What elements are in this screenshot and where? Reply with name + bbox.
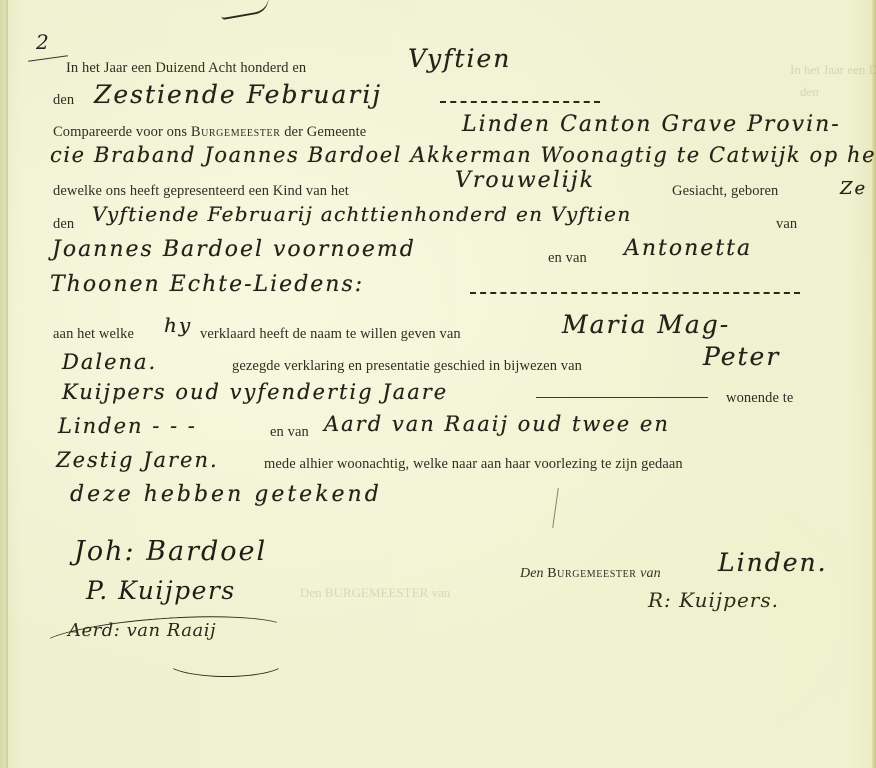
- printed-text-part: Den: [520, 566, 544, 581]
- printed-text: van: [776, 216, 797, 233]
- page-number: 2: [36, 30, 49, 54]
- handwritten-text: Vyftiende Februarij achttienhonderd en V…: [92, 202, 632, 226]
- filler-line: [536, 397, 708, 398]
- ink-stroke: [552, 488, 559, 528]
- printed-text: Compareerde voor ons Burgemeester der Ge…: [53, 124, 366, 141]
- printed-text: en van: [548, 250, 587, 267]
- handwritten-text: hy: [164, 313, 192, 337]
- paper-right-edge: [872, 0, 876, 768]
- handwritten-text: Thoonen Echte-Liedens:: [50, 272, 364, 297]
- filler-dashes: [440, 101, 600, 103]
- printed-text: verklaard heeft de naam te willen geven …: [200, 326, 461, 343]
- handwritten-text: Peter: [703, 342, 780, 371]
- signature-flourish: [165, 645, 287, 677]
- handwritten-text: Dalena.: [62, 350, 157, 374]
- printed-text-part: der Gemeente: [284, 124, 366, 140]
- signature-joh-bardoel: Joh: Bardoel: [74, 536, 267, 567]
- printed-text-part: Compareerde voor ons: [53, 124, 187, 140]
- printed-text: dewelke ons heeft gepresenteerd een Kind…: [53, 183, 349, 200]
- handwritten-text: deze hebben getekend: [70, 482, 382, 507]
- handwritten-text: Zestiende Februarij: [94, 80, 382, 109]
- bleed-through-text: den: [800, 84, 819, 100]
- filler-dashes: [470, 292, 800, 294]
- printed-text: en van: [270, 424, 309, 441]
- document-page: In het Jaar een Duizend Acht den Den BUR…: [0, 0, 876, 768]
- handwritten-text: cie Braband Joannes Bardoel Akkerman Woo…: [50, 143, 876, 167]
- handwritten-text: Joannes Bardoel voornoemd: [52, 237, 416, 262]
- handwritten-place: Linden.: [718, 548, 828, 577]
- handwritten-text: Maria Mag-: [562, 310, 730, 339]
- bleed-through-text: Den BURGEMEESTER van: [300, 585, 450, 601]
- signature-p-kuijpers: P. Kuijpers: [86, 576, 236, 605]
- ink-stroke-top: [219, 0, 271, 20]
- printed-text: mede alhier woonachtig, welke naar aan h…: [264, 456, 683, 473]
- printed-text: aan het welke: [53, 326, 134, 343]
- printed-text: den: [53, 92, 74, 109]
- page-number-underline: [28, 55, 68, 62]
- margin-note: Ze: [840, 178, 867, 199]
- signature-mayor: R: Kuijpers.: [648, 588, 779, 612]
- bleed-through-text: In het Jaar een Duizend Acht: [790, 62, 876, 78]
- handwritten-text: Vrouwelijk: [455, 168, 595, 193]
- handwritten-text: Antonetta: [624, 236, 752, 261]
- printed-smallcaps: Burgemeester: [547, 566, 636, 581]
- handwritten-text: Linden Canton Grave Provin-: [462, 112, 841, 137]
- handwritten-text: Zestig Jaren.: [56, 448, 219, 472]
- printed-text-part: van: [640, 566, 661, 581]
- printed-text: In het Jaar een Duizend Acht honderd en: [66, 60, 306, 77]
- mayor-title: Den Burgemeester van: [520, 566, 661, 582]
- handwritten-text: Vyftien: [408, 44, 511, 73]
- paper-fold-line: [6, 0, 8, 768]
- handwritten-text: Kuijpers oud vyfendertig Jaare: [62, 380, 448, 404]
- handwritten-text: Linden - - -: [58, 414, 197, 438]
- printed-text: Gesiacht, geboren: [672, 183, 778, 200]
- printed-text: den: [53, 216, 74, 233]
- printed-text: wonende te: [726, 390, 793, 407]
- printed-smallcaps: Burgemeester: [191, 124, 281, 140]
- printed-text-part: aan het welke: [53, 326, 134, 342]
- printed-text: gezegde verklaring en presentatie geschi…: [232, 358, 582, 375]
- handwritten-text: Aard van Raaij oud twee en: [324, 412, 670, 436]
